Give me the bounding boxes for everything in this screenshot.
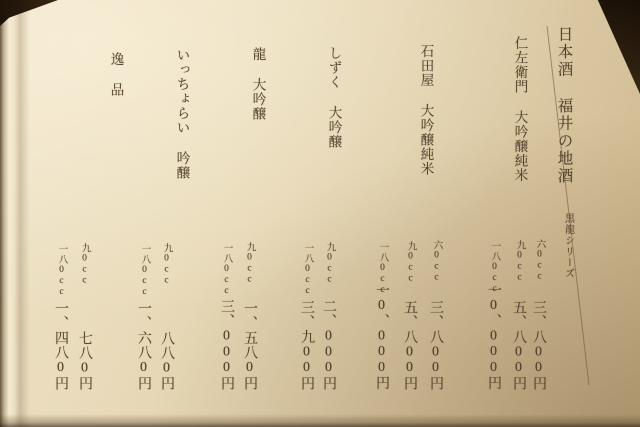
product-name-shizuku: しずく 大吟醸 xyxy=(327,46,341,149)
volume-label: 一八0cc xyxy=(221,243,231,297)
volume-label: 九0cc xyxy=(324,242,334,286)
volume-label: 九0cc xyxy=(161,243,171,287)
price-label: 一、四八0円 xyxy=(53,301,67,391)
volume-label: 一八0cc xyxy=(56,244,66,298)
menu-photo: 日本酒 福井の地酒 黒龍シリーズ 仁左衛門 大吟醸純米 石田屋 大吟醸純米 しず… xyxy=(0,0,640,427)
page-bottom-shadow xyxy=(0,414,640,427)
price-label: 三、九00円 xyxy=(299,300,313,391)
price-label: 三、八00円 xyxy=(531,300,545,391)
product-name-ippin: 逸品 xyxy=(109,52,123,113)
price-label: 一0、000円 xyxy=(486,283,500,391)
price-label: 五、八00円 xyxy=(402,300,416,391)
volume-label: 一八0cc xyxy=(302,243,312,297)
page-left-edge xyxy=(0,0,30,427)
menu-series-label: 黒龍シリーズ xyxy=(563,213,574,279)
price-label: 七八0円 xyxy=(77,331,91,391)
price-label: 一、五八0円 xyxy=(242,301,256,391)
price-label: 三、八00円 xyxy=(428,300,442,391)
volume-label: 六0cc xyxy=(431,240,441,284)
volume-label: 九0cc xyxy=(244,242,254,286)
menu-header: 日本酒 福井の地酒 黒龍シリーズ xyxy=(556,26,572,279)
price-label: 二、000円 xyxy=(321,299,335,391)
price-label: 一、六八0円 xyxy=(136,301,150,391)
price-label: 一0、000円 xyxy=(374,283,388,391)
product-name-ishidaya: 石田屋 大吟醸純米 xyxy=(419,44,433,176)
volume-label: 九0cc xyxy=(405,241,415,285)
volume-label: 九0cc xyxy=(514,240,524,284)
volume-label: 九0cc xyxy=(79,243,89,287)
volume-label: 六0cc xyxy=(534,239,544,283)
price-label: 八八0円 xyxy=(159,331,173,391)
volume-label: 一八0cc xyxy=(139,244,149,298)
price-label: 三、000円 xyxy=(219,299,233,391)
product-name-nizaemon: 仁左衛門 大吟醸純米 xyxy=(513,36,527,183)
product-name-icchorai: いっちょらい 吟醸 xyxy=(175,48,189,180)
product-name-ryu: 龍 大吟醸 xyxy=(251,47,265,121)
menu-title: 日本酒 福井の地酒 xyxy=(556,26,573,185)
price-label: 五、八00円 xyxy=(511,300,525,391)
